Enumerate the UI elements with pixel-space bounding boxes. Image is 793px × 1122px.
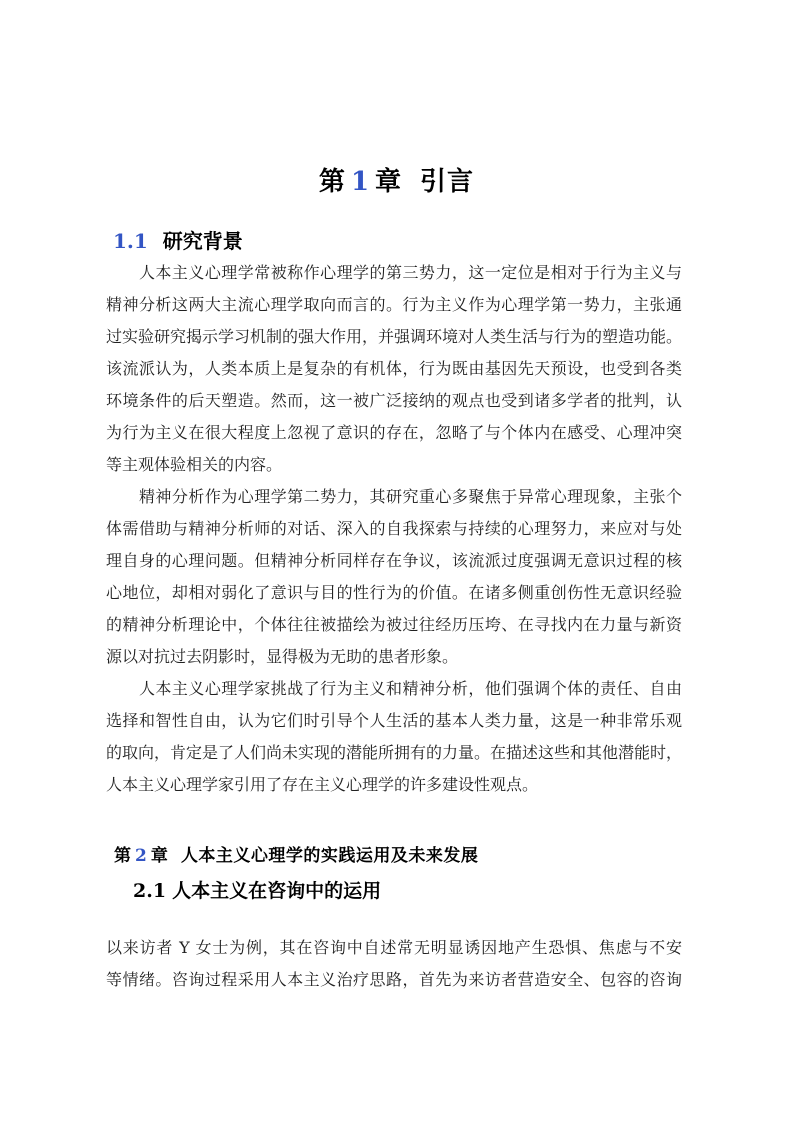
chapter-2-name: 人本主义心理学的实践运用及未来发展	[181, 846, 479, 866]
text-line: 等主观体验相关的内容。	[106, 449, 682, 481]
text-line: 体需借助与精神分析师的对话、深入的自我探索与持续的心理努力，来应对与处	[106, 513, 682, 545]
text-line: 的精神分析理论中，个体往往被描绘为被过往经历压垮、在寻找内在力量与新资	[106, 609, 682, 641]
document-page: 第1章引言 1.1研究背景 人本主义心理学常被称作心理学的第三势力，这一定位是相…	[0, 0, 793, 1122]
text-line: 心地位，却相对弱化了意识与目的性行为的价值。在诸多侧重创伤性无意识经验	[106, 577, 682, 609]
section-2-1-name: 人本主义在咨询中的运用	[172, 880, 381, 902]
text-line: 过实验研究揭示学习机制的强大作用，并强调环境对人类生活与行为的塑造功能。	[106, 321, 682, 353]
text-line: 精神分析作为心理学第二势力，其研究重心多聚焦于异常心理现象，主张个	[106, 481, 682, 513]
paragraph-4: 以来访者 Y 女士为例，其在咨询中自述常无明显诱因地产生恐惧、焦虑与不安等情绪。…	[106, 932, 682, 996]
chapter-1-label-pre: 第	[319, 167, 346, 197]
chapter-1-title: 第1章引言	[0, 161, 793, 198]
chapter-1-label-post: 章	[375, 167, 402, 197]
section-2-1-heading: 2.1人本主义在咨询中的运用	[133, 876, 381, 903]
section-1-1-name: 研究背景	[163, 229, 243, 253]
text-line: 精神分析这两大主流心理学取向而言的。行为主义作为心理学第一势力，主张通	[106, 289, 682, 321]
text-line: 理自身的心理问题。但精神分析同样存在争议，该流派过度强调无意识过程的核	[106, 545, 682, 577]
text-line: 人本主义心理学家引用了存在主义心理学的许多建设性观点。	[106, 769, 682, 801]
text-line: 人本主义心理学常被称作心理学的第三势力，这一定位是相对于行为主义与	[106, 257, 682, 289]
paragraph-3: 人本主义心理学家挑战了行为主义和精神分析，他们强调个体的责任、自由选择和智性自由…	[106, 673, 682, 801]
text-line: 源以对抗过去阴影时，显得极为无助的患者形象。	[106, 641, 682, 673]
chapter-2-number: 2	[135, 846, 147, 866]
section-1-1-heading: 1.1研究背景	[113, 225, 243, 254]
section-1-1-number: 1.1	[113, 229, 148, 253]
text-line: 人本主义心理学家挑战了行为主义和精神分析，他们强调个体的责任、自由	[106, 673, 682, 705]
chapter-2-title: 第2章人本主义心理学的实践运用及未来发展	[114, 841, 478, 866]
chapter-2-label-pre: 第	[114, 846, 131, 866]
text-line: 的取向，肯定是了人们尚未实现的潜能所拥有的力量。在描述这些和其他潜能时，	[106, 737, 682, 769]
text-line: 选择和智性自由，认为它们时引导个人生活的基本人类力量，这是一种非常乐观	[106, 705, 682, 737]
paragraph-1: 人本主义心理学常被称作心理学的第三势力，这一定位是相对于行为主义与精神分析这两大…	[106, 257, 682, 481]
text-line: 环境条件的后天塑造。然而，这一被广泛接纳的观点也受到诸多学者的批判，认	[106, 385, 682, 417]
chapter-1-name: 引言	[420, 167, 474, 197]
text-line: 以来访者 Y 女士为例，其在咨询中自述常无明显诱因地产生恐惧、焦虑与不安	[106, 932, 682, 964]
text-line: 为行为主义在很大程度上忽视了意识的存在，忽略了与个体内在感受、心理冲突	[106, 417, 682, 449]
text-line: 该流派认为，人类本质上是复杂的有机体，行为既由基因先天预设，也受到各类	[106, 353, 682, 385]
chapter-1-number: 1	[351, 167, 370, 197]
section-2-1-number: 2.1	[133, 880, 166, 902]
paragraph-2: 精神分析作为心理学第二势力，其研究重心多聚焦于异常心理现象，主张个体需借助与精神…	[106, 481, 682, 673]
chapter-2-label-post: 章	[151, 846, 168, 866]
text-line: 等情绪。咨询过程采用人本主义治疗思路，首先为来访者营造安全、包容的咨询	[106, 964, 682, 996]
